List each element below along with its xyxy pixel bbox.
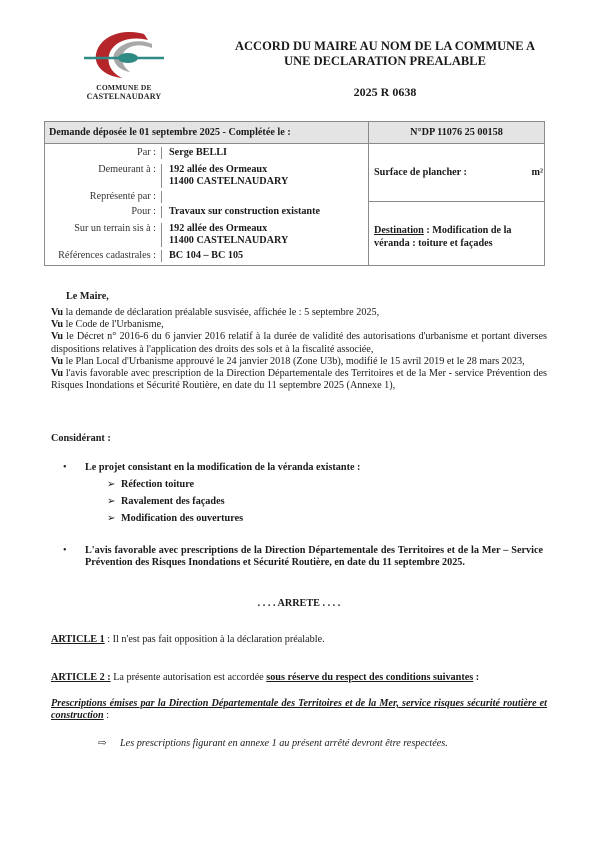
document-title-line1: ACCORD DU MAIRE AU NOM DE LA COMMUNE A	[215, 39, 555, 54]
article-1-label: ARTICLE 1	[51, 634, 105, 645]
vu-paragraph: Vu la demande de déclaration préalable s…	[51, 307, 547, 319]
application-info-table: Demande déposée le 01 septembre 2025 - C…	[44, 121, 545, 266]
prescriptions-heading: Prescriptions émises par la Direction Dé…	[51, 698, 547, 722]
field-label: Représenté par :	[45, 191, 162, 203]
field-label: Par :	[45, 147, 162, 159]
considerant-heading: Considérant :	[51, 433, 547, 445]
prescriptions-item: ⇨Les prescriptions figurant en annexe 1 …	[98, 738, 518, 750]
floor-area-label: Surface de plancher :	[374, 167, 467, 178]
field-value: 11400 CASTELNAUDARY	[162, 235, 288, 247]
considerant-2: L'avis favorable avec prescriptions de l…	[85, 545, 543, 569]
floor-area-unit: m²	[531, 167, 543, 178]
field-value: BC 104 – BC 105	[162, 250, 243, 262]
field-value	[162, 191, 172, 203]
applicant-row: Par :Serge BELLI	[45, 144, 368, 159]
field-label: Pour :	[45, 206, 162, 218]
bullet-icon: •	[63, 545, 67, 556]
field-value: Travaux sur construction existante	[162, 206, 320, 218]
arrow-bullet-icon: ➢	[107, 513, 121, 524]
sub-item-2: ➢Ravalement des façades	[107, 496, 225, 507]
field-label: Sur un terrain sis à :	[45, 223, 162, 235]
article-2-emphasis: sous réserve du respect des conditions s…	[266, 672, 473, 683]
le-maire-heading: Le Maire,	[66, 291, 562, 303]
right-arrow-icon: ⇨	[98, 738, 120, 750]
article-2-text: La présente autorisation est accordée	[111, 672, 267, 683]
sub-item-1: ➢Réfection toiture	[107, 479, 194, 490]
field-value: 11400 CASTELNAUDARY	[162, 176, 288, 188]
logo-line2: CASTELNAUDARY	[78, 92, 170, 101]
field-value: Serge BELLI	[162, 147, 227, 159]
applicant-row: 11400 CASTELNAUDARY	[45, 176, 368, 188]
dossier-number: N°DP 11076 25 00158	[369, 122, 545, 144]
document-title-line2: UNE DECLARATION PREALABLE	[215, 54, 555, 69]
vu-paragraph: Vu l'avis favorable avec prescription de…	[51, 368, 547, 392]
applicant-row: Pour :Travaux sur construction existante	[45, 206, 368, 218]
castelnaudary-logo-icon	[82, 28, 166, 82]
applicant-row: Demeurant à :192 allée des Ormeaux	[45, 164, 368, 176]
field-label: Références cadastrales :	[45, 250, 162, 262]
field-label: Demeurant à :	[45, 164, 162, 176]
vu-paragraph: Vu le Décret n° 2016-6 du 6 janvier 2016…	[51, 331, 547, 355]
field-label	[45, 235, 162, 247]
field-label	[45, 176, 162, 188]
applicant-details: Par :Serge BELLIDemeurant à :192 allée d…	[45, 144, 369, 266]
filing-date-header: Demande déposée le 01 septembre 2025 - C…	[45, 122, 369, 144]
destination-cell: Destination : Modification de la véranda…	[369, 202, 545, 266]
prescriptions-title: Prescriptions émises par la Direction Dé…	[51, 698, 547, 721]
considerant-1: Le projet consistant en la modification …	[85, 462, 581, 474]
logo-line1: COMMUNE DE	[78, 83, 170, 92]
sub-item-3: ➢Modification des ouvertures	[107, 513, 243, 524]
applicant-row: Représenté par :	[45, 191, 368, 203]
vu-paragraph: Vu le Plan Local d'Urbanisme approuvé le…	[51, 356, 547, 368]
article-1-text: : Il n'est pas fait opposition à la décl…	[105, 634, 325, 645]
vu-paragraphs: Vu la demande de déclaration préalable s…	[51, 307, 547, 392]
arrow-bullet-icon: ➢	[107, 479, 121, 490]
field-value: 192 allée des Ormeaux	[162, 164, 267, 176]
applicant-row: Références cadastrales :BC 104 – BC 105	[45, 250, 368, 265]
prescriptions-text: Les prescriptions figurant en annexe 1 a…	[120, 738, 448, 749]
arrete-heading: . . . . ARRETE . . . .	[51, 598, 547, 610]
floor-area-cell: Surface de plancher : m²	[369, 144, 545, 202]
vu-paragraph: Vu le Code de l'Urbanisme,	[51, 319, 547, 331]
article-2-label: ARTICLE 2 :	[51, 672, 111, 683]
article-2: ARTICLE 2 : La présente autorisation est…	[51, 672, 547, 684]
commune-logo: COMMUNE DE CASTELNAUDARY	[78, 28, 170, 104]
field-value: 192 allée des Ormeaux	[162, 223, 267, 235]
applicant-row: Sur un terrain sis à :192 allée des Orme…	[45, 223, 368, 235]
destination-label: Destination	[374, 225, 424, 236]
document-reference: 2025 R 0638	[215, 85, 555, 100]
article-1: ARTICLE 1 : Il n'est pas fait opposition…	[51, 634, 547, 646]
bullet-icon: •	[63, 462, 67, 473]
arrow-bullet-icon: ➢	[107, 496, 121, 507]
applicant-row: 11400 CASTELNAUDARY	[45, 235, 368, 247]
